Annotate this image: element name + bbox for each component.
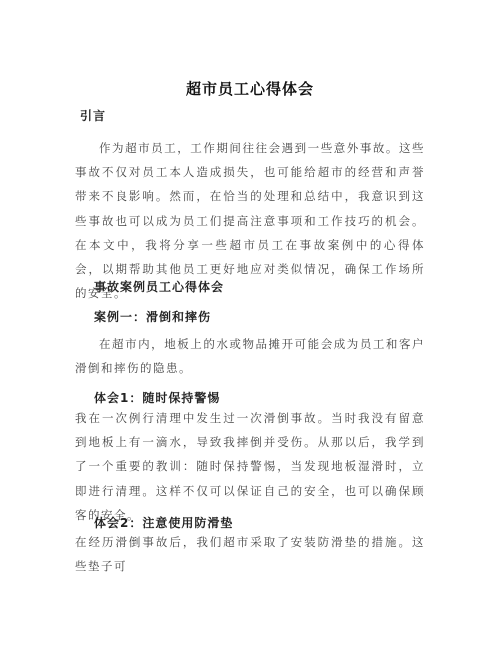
document-page: 超市员工心得体会 引言 作为超市员工，工作期间往往会遇到一些意外事故。这些事故不… <box>0 0 500 647</box>
heading-intro: 引言 <box>80 107 106 124</box>
heading-cases: 事故案例员工心得体会 <box>94 278 224 295</box>
paragraph-lesson-2: 在经历滑倒事故后，我们超市采取了安装防滑垫的措施。这些垫子可 <box>75 530 425 578</box>
document-title: 超市员工心得体会 <box>0 78 500 99</box>
heading-case-1: 案例一：滑倒和摔伤 <box>94 308 211 325</box>
paragraph-case-1: 在超市内，地板上的水或物品摊开可能会成为员工和客户滑倒和摔伤的隐患。 <box>75 332 425 380</box>
heading-lesson-2: 体会2：注意使用防滑垫 <box>94 514 233 531</box>
paragraph-lesson-1: 我在一次例行清理中发生过一次滑倒事故。当时我没有留意到地板上有一滴水，导致我摔倒… <box>75 406 425 527</box>
heading-lesson-1: 体会1：随时保持警惕 <box>94 389 220 406</box>
